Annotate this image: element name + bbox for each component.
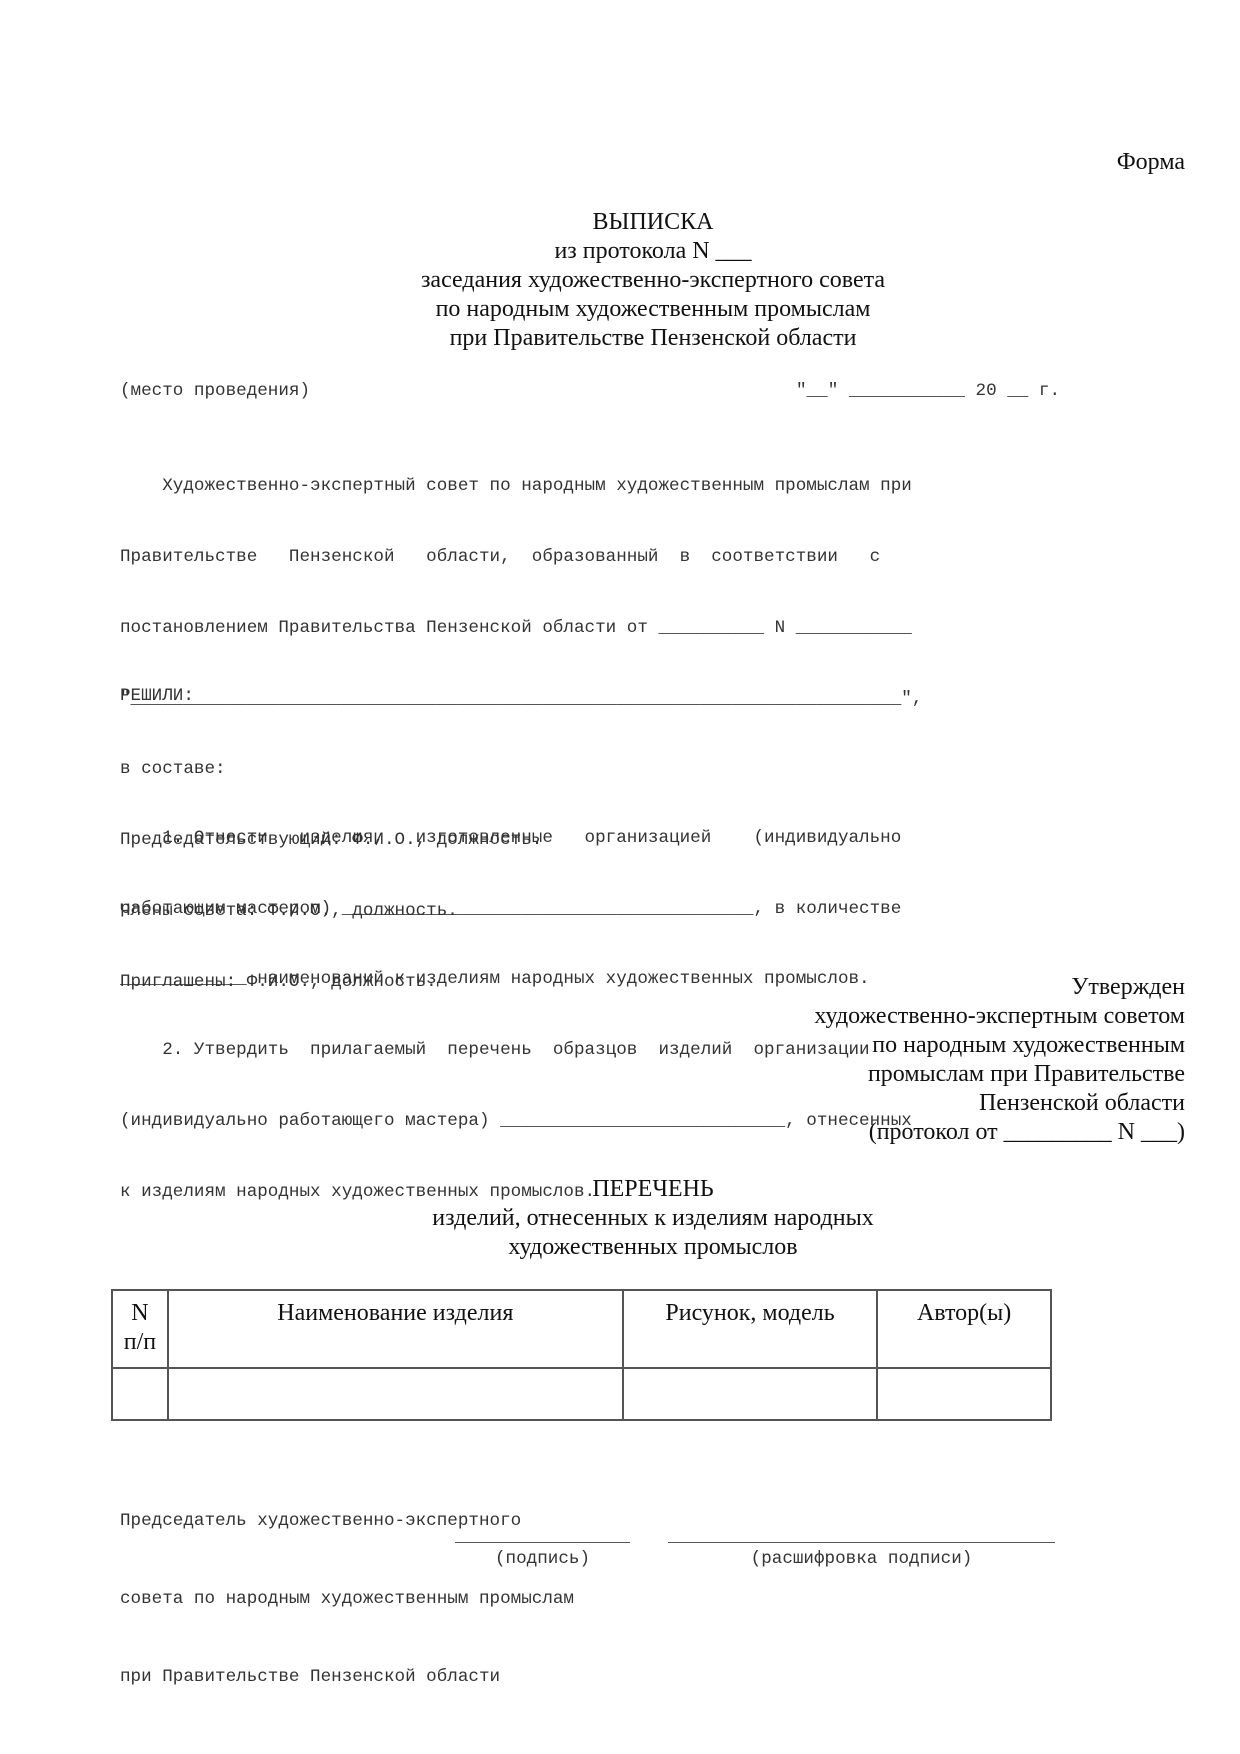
body-line: постановлением Правительства Пензенской … (120, 617, 1060, 641)
approval-line: Утвержден (814, 973, 1185, 1002)
signature-decryption-line[interactable] (668, 1542, 1055, 1543)
approval-line: промыслам при Правительстве (814, 1060, 1185, 1089)
approval-line: художественно-экспертным советом (814, 1002, 1185, 1031)
column-header-label: N (113, 1299, 167, 1328)
approval-block: Утвержден художественно-экспертным совет… (814, 973, 1185, 1147)
title-line: из протокола N ___ (0, 237, 1240, 266)
table-cell-number[interactable] (112, 1368, 168, 1420)
form-label: Форма (1117, 148, 1185, 177)
document-title: ВЫПИСКА (0, 208, 1240, 237)
table-cell-item-name[interactable] (168, 1368, 623, 1420)
table-cell-authors[interactable] (877, 1368, 1051, 1420)
signature-decryption-label: (расшифровка подписи) (668, 1548, 1055, 1572)
body-line: Художественно-экспертный совет по народн… (120, 475, 1060, 499)
signature-area: (подпись) (расшифровка подписи) (450, 1528, 1060, 1578)
approval-line: (протокол от _________ N ___) (814, 1118, 1185, 1147)
table-header-row: N п/п Наименование изделия Рисунок, моде… (112, 1290, 1051, 1368)
document-title-block: ВЫПИСКА из протокола N ___ заседания худ… (0, 208, 1240, 353)
title-line: по народным художественным промыслам (0, 295, 1240, 324)
signature-label: (подпись) (455, 1548, 630, 1572)
approval-line: по народным художественным (814, 1031, 1185, 1060)
list-title: ПЕРЕЧЕНЬ (0, 1175, 1240, 1204)
column-header-number: N п/п (112, 1290, 168, 1368)
table-cell-drawing-model[interactable] (623, 1368, 877, 1420)
list-title-block: ПЕРЕЧЕНЬ изделий, отнесенных к изделиям … (0, 1175, 1240, 1262)
body-line: Правительстве Пензенской области, образо… (120, 546, 1060, 570)
column-header-label: п/п (113, 1328, 167, 1357)
date-field: "__" ___________ 20 __ г. (796, 380, 1060, 404)
items-table: N п/п Наименование изделия Рисунок, моде… (111, 1289, 1052, 1421)
place-label: (место проведения) (120, 380, 310, 404)
list-subtitle-line: изделий, отнесенных к изделиям народных (0, 1204, 1240, 1233)
decision-line: 1. Отнести изделия, изготовленные органи… (120, 827, 1060, 851)
table-row (112, 1368, 1051, 1420)
approval-line: Пензенской области (814, 1089, 1185, 1118)
place-date-line: (место проведения) "__" ___________ 20 _… (120, 380, 1060, 404)
column-header-authors: Автор(ы) (877, 1290, 1051, 1368)
chairman-line: совета по народным художественным промыс… (120, 1586, 574, 1612)
chairman-title: Председатель художественно-экспертного с… (120, 1456, 574, 1716)
column-header-item-name: Наименование изделия (168, 1290, 623, 1368)
column-header-drawing-model: Рисунок, модель (623, 1290, 877, 1368)
chairman-line: при Правительстве Пензенской области (120, 1664, 574, 1690)
list-subtitle-line: художественных промыслов (0, 1233, 1240, 1262)
title-line: при Правительстве Пензенской области (0, 324, 1240, 353)
column-header-label: Автор(ы) (878, 1299, 1050, 1328)
column-header-label: Рисунок, модель (624, 1299, 876, 1328)
signature-line[interactable] (455, 1542, 630, 1543)
title-line: заседания художественно-экспертного сове… (0, 266, 1240, 295)
decision-heading: РЕШИЛИ: (120, 685, 1060, 709)
decision-line: работающим мастером) ___________________… (120, 898, 1060, 922)
column-header-label: Наименование изделия (169, 1299, 622, 1328)
